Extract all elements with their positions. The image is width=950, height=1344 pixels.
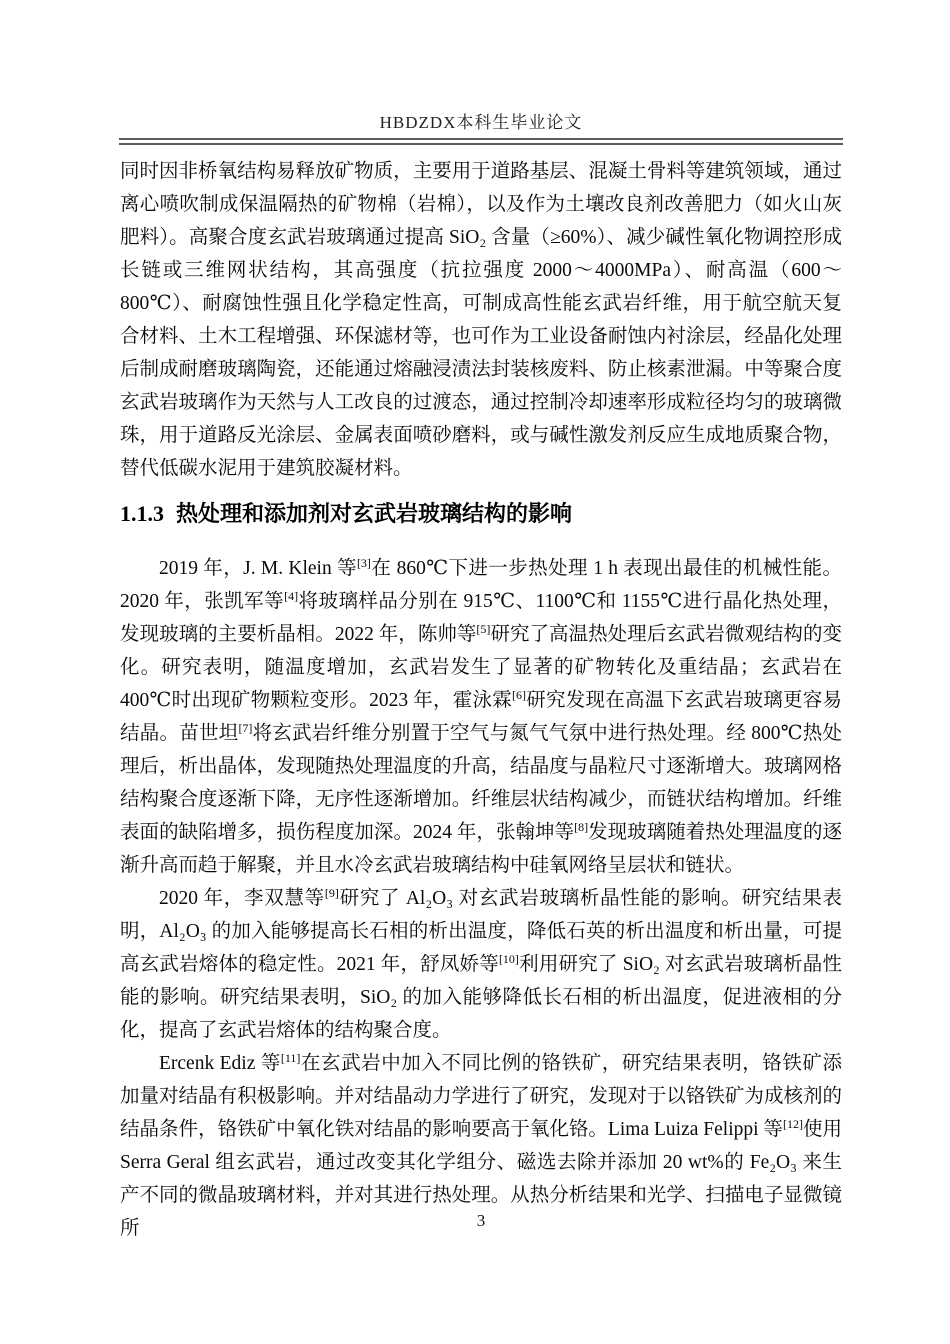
document-body: 同时因非桥氧结构易释放矿物质，主要用于道路基层、混凝土骨料等建筑领域，通过离心喷… [120, 155, 842, 1245]
page-number: 3 [477, 1211, 486, 1230]
header-double-rule [119, 138, 843, 145]
thesis-page: HBDZDX本科生毕业论文 同时因非桥氧结构易释放矿物质，主要用于道路基层、混凝… [0, 0, 950, 1344]
page-header-title: HBDZDX本科生毕业论文 [120, 108, 842, 133]
paragraph-additives-al2o3-sio2: 2020 年，李双慧等[9]研究了 Al₂O₃ 对玄武岩玻璃析晶性能的影响。研究… [120, 882, 842, 1047]
paragraph-applications: 同时因非桥氧结构易释放矿物质，主要用于道路基层、混凝土骨料等建筑领域，通过离心喷… [120, 155, 842, 485]
page-footer: 3 [120, 1211, 842, 1231]
paragraph-heat-treatment: 2019 年，J. M. Klein 等[3]在 860℃下进一步热处理 1 h… [120, 552, 842, 882]
section-heading: 1.1.3热处理和添加剂对玄武岩玻璃结构的影响 [120, 497, 842, 530]
section-title: 热处理和添加剂对玄武岩玻璃结构的影响 [176, 501, 572, 526]
section-number: 1.1.3 [120, 501, 164, 526]
